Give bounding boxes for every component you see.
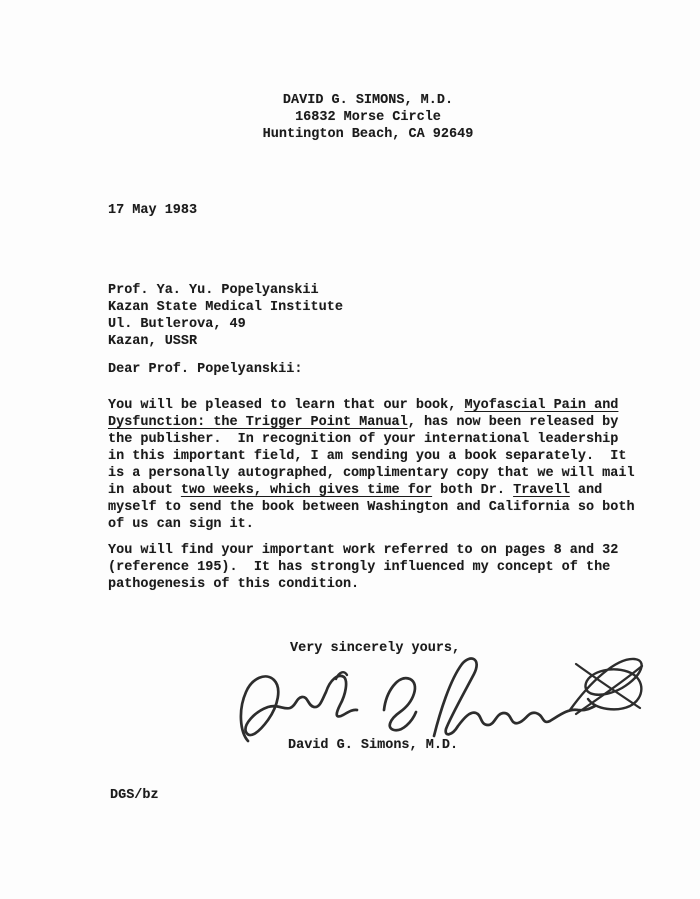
- body-line: in this important field, I am sending yo…: [108, 448, 635, 465]
- handwritten-signature: [238, 648, 652, 750]
- underlined-phrase: two weeks, which gives time for: [181, 483, 432, 498]
- body-line: Dysfunction: the Trigger Point Manual, h…: [108, 414, 635, 431]
- body-paragraph-2: You will find your important work referr…: [108, 542, 618, 593]
- address-line-city: Kazan, USSR: [108, 333, 343, 350]
- salutation: Dear Prof. Popelyanskii:: [108, 361, 302, 378]
- body-text: You will be pleased to learn that our bo…: [108, 398, 464, 413]
- signature-strokes: [238, 648, 652, 750]
- body-line: (reference 195). It has strongly influen…: [108, 559, 618, 576]
- signature-stroke-g: [384, 678, 416, 730]
- body-line: in about two weeks, which gives time for…: [108, 482, 635, 499]
- letterhead: DAVID G. SIMONS, M.D. 16832 Morse Circle…: [36, 92, 700, 143]
- body-text: , has now been released by: [408, 415, 619, 430]
- body-line: of us can sign it.: [108, 516, 635, 533]
- body-text: and: [570, 483, 602, 498]
- letterhead-street: 16832 Morse Circle: [36, 109, 700, 126]
- body-line: pathogenesis of this condition.: [108, 576, 618, 593]
- body-line: myself to send the book between Washingt…: [108, 499, 635, 516]
- address-line-name: Prof. Ya. Yu. Popelyanskii: [108, 282, 343, 299]
- letterhead-city: Huntington Beach, CA 92649: [36, 126, 700, 143]
- recipient-address: Prof. Ya. Yu. Popelyanskii Kazan State M…: [108, 282, 343, 350]
- underlined-name-travell: Travell: [513, 483, 570, 498]
- date-line: 17 May 1983: [108, 202, 197, 219]
- body-paragraph-1: You will be pleased to learn that our bo…: [108, 397, 635, 533]
- address-line-street: Ul. Butlerova, 49: [108, 316, 343, 333]
- reference-initials: DGS/bz: [110, 787, 159, 804]
- body-line: You will find your important work referr…: [108, 542, 618, 559]
- book-title-underlined: Myofascial Pain and: [464, 398, 618, 413]
- body-line: You will be pleased to learn that our bo…: [108, 397, 635, 414]
- typed-signer-name: David G. Simons, M.D.: [288, 737, 458, 754]
- body-line: is a personally autographed, complimenta…: [108, 465, 635, 482]
- scanned-letter-page: DAVID G. SIMONS, M.D. 16832 Morse Circle…: [0, 0, 700, 899]
- letterhead-name: DAVID G. SIMONS, M.D.: [36, 92, 700, 109]
- signature-stroke-simons: [434, 659, 595, 736]
- address-line-institute: Kazan State Medical Institute: [108, 299, 343, 316]
- body-text: both Dr.: [432, 483, 513, 498]
- book-title-underlined: Dysfunction: the Trigger Point Manual: [108, 415, 408, 430]
- body-text: in about: [108, 483, 181, 498]
- body-line: the publisher. In recognition of your in…: [108, 431, 635, 448]
- signature-stroke-david: [241, 676, 357, 741]
